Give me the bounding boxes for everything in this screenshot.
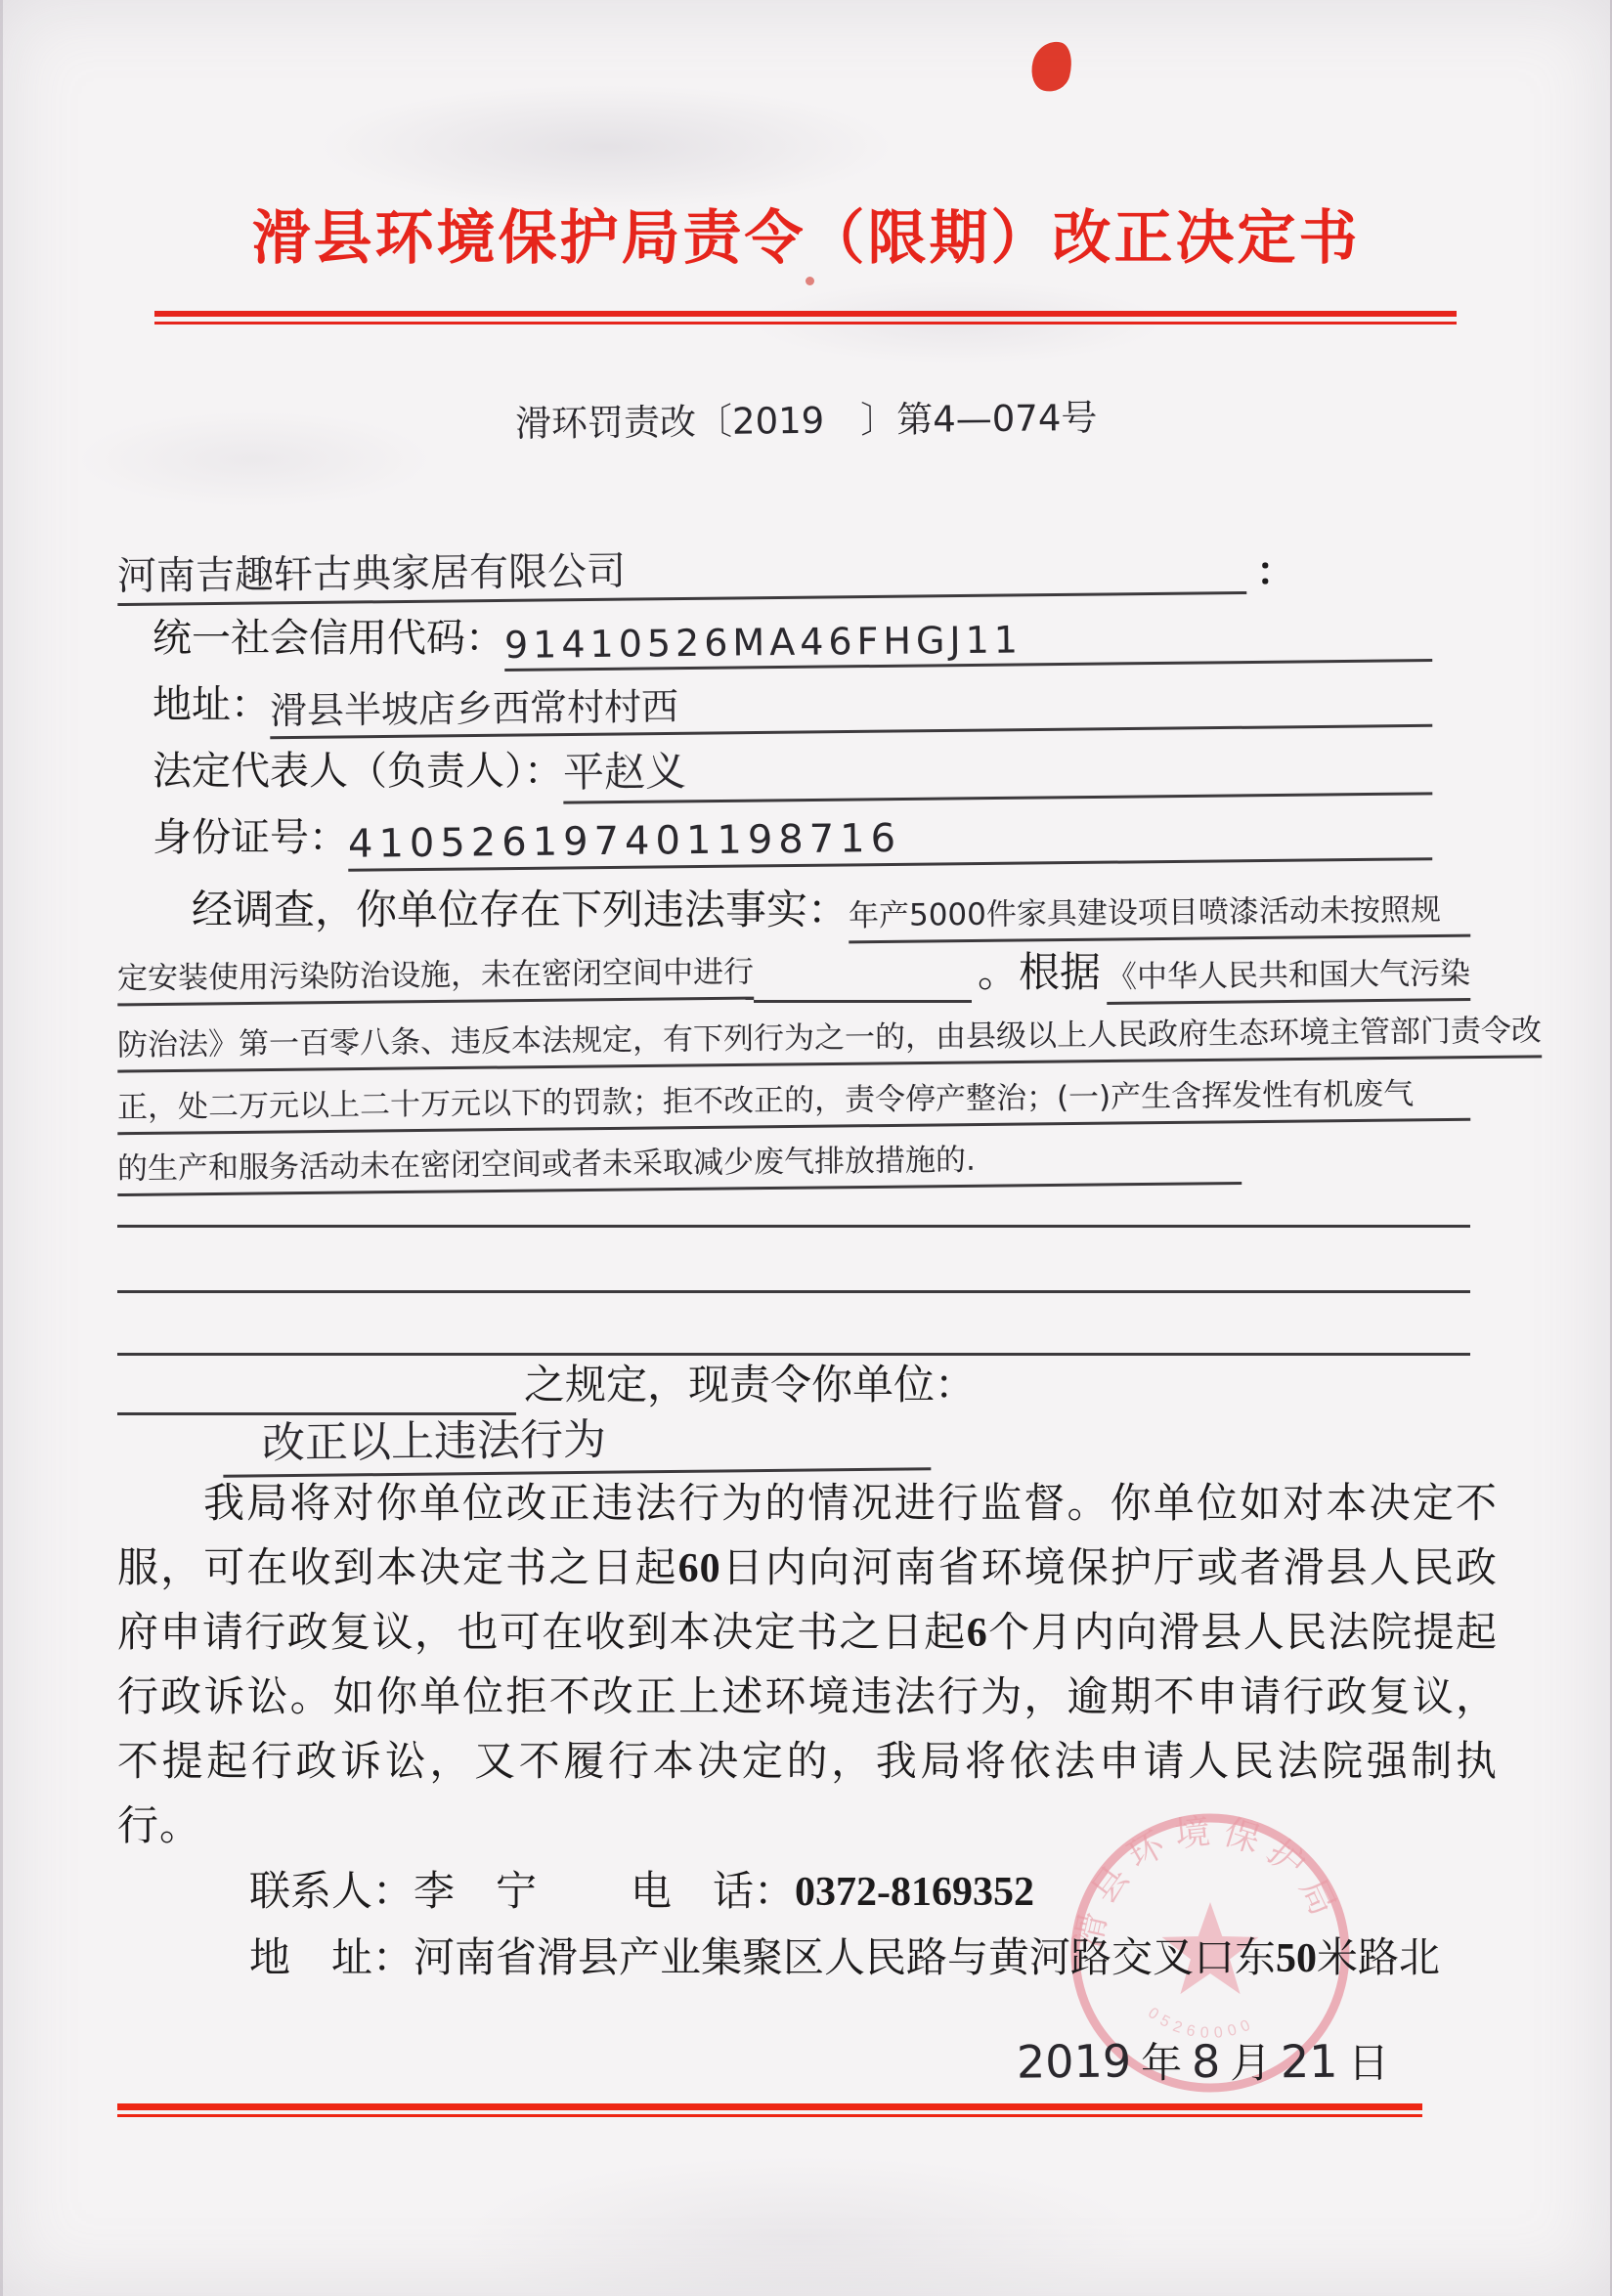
date-day-handwritten: 21 [1281,2035,1338,2089]
date-month-handwritten: 8 [1192,2035,1221,2088]
date-year-handwritten: 2019 [1017,2034,1132,2088]
facts-row-1: 经调查，你单位存在下列违法事实： 年产5000件家具建设项目喷漆活动未按照规 [117,878,1470,940]
credit-code-label: 统一社会信用代码： [117,607,504,667]
contact-address-pre: 河南省滑县产业集聚区人民路与黄河路交叉口东 [414,1936,1276,1981]
contact-address: 地 址：河南省滑县产业集聚区人民路与黄河路交叉口东50米路北 [249,1926,1440,1984]
contact-phone-label: 电 话： [631,1870,795,1915]
red-ink-blob [1026,37,1076,96]
body-paragraph: 我局将对你单位改正违法行为的情况进行监督。你单位如对本决定不服，可在收到本决定书… [117,1472,1498,1859]
document-number: 滑环罚责改〔2019 〕第4—074号 [0,391,1612,444]
contact-phone-number: 0372-8169352 [795,1870,1034,1915]
document-number-text: 滑环罚责改〔2019 〕第4—074号 [515,388,1098,447]
date-year-unit: 年 [1141,2042,1182,2087]
legal-rep-handwritten: 平赵义 [563,731,1433,803]
recipient-company-row: 河南吉趣轩古典家居有限公司 ： [117,538,1295,600]
facts-handwritten-line-4: 正，处二万元以上二十万元以下的罚款；拒不改正的，责令停产整治；(一)产生含挥发性… [117,1068,1470,1135]
contact-address-post: 米路北 [1317,1936,1440,1981]
id-number-row: 身份证号： 410526197401198716 [117,803,1432,866]
facts-connector: 。根据 [972,940,1107,1003]
id-number-label: 身份证号： [117,806,348,866]
address-handwritten: 滑县半坡店乡西常村村西 [270,669,1433,739]
title-divider-rule [154,311,1457,325]
credit-code-row: 统一社会信用代码： 91410526MA46FHGJ11 [117,604,1432,667]
date-day-unit: 日 [1348,2042,1389,2087]
contact-person-name: 李 宁 [414,1870,537,1915]
contact-phone: 电 话：0372-8169352 [631,1859,1034,1918]
address-row: 地址： 滑县半坡店乡西常村村西 [117,671,1432,733]
facts-handwritten-line-2: 定安装使用污染防治设施，未在密闭空间中进行 [117,947,755,1007]
facts-row-3: 防治法》第一百零八条、违反本法规定，有下列行为之一的，由县级以上人民政府生态环境… [117,1003,1470,1065]
red-ink-dot [806,277,814,285]
blank-line-2 [117,1290,1470,1293]
order-handwritten-row: 改正以上违法行为 [223,1417,931,1474]
body-days-60: 60 [678,1546,721,1591]
facts-row-5: 的生产和服务活动未在密闭空间或者未采取减少废气排放措施的. [117,1128,1242,1191]
contact-person-label: 联系人： [249,1870,414,1915]
company-name-handwritten: 河南吉趣轩古典家居有限公司 [117,534,1247,606]
facts-handwritten-line-3: 防治法》第一百零八条、违反本法规定，有下列行为之一的，由县级以上人民政府生态环境… [117,1005,1542,1072]
body-months-6: 6 [967,1611,988,1656]
address-label: 地址： [117,673,270,733]
footer-divider-rule [117,2103,1422,2117]
facts-lead: 经调查，你单位存在下列违法事实： [117,878,849,940]
blank-line-1 [117,1225,1470,1228]
legal-rep-row: 法定代表人（负责人）： 平赵义 [117,737,1432,800]
facts-handwritten-line-1: 年产5000件家具建设项目喷漆活动未按照规 [849,885,1471,944]
facts-handwritten-line-5: 的生产和服务活动未在密闭空间或者未采取减少废气排放措施的. [117,1132,1242,1196]
date-month-unit: 月 [1230,2042,1271,2087]
legal-rep-label: 法定代表人（负责人）： [117,740,563,800]
company-colon: ： [1246,541,1295,600]
credit-code-handwritten: 91410526MA46FHGJ11 [504,614,1432,671]
order-handwritten: 改正以上违法行为 [223,1401,932,1478]
id-number-handwritten: 410526197401198716 [348,810,1432,872]
scanned-document-page: 滑县环境保护局责令（限期）改正决定书 滑环罚责改〔2019 〕第4—074号 河… [0,0,1612,2296]
contact-address-distance: 50 [1276,1936,1317,1981]
document-title: 滑县环境保护局责令（限期）改正决定书 [0,192,1612,276]
facts-row-2: 定安装使用污染防治设施，未在密闭空间中进行 。根据 《中华人民共和国大气污染 [117,940,1470,1003]
facts-row-4: 正，处二万元以上二十万元以下的罚款；拒不改正的，责令停产整治；(一)产生含挥发性… [117,1065,1470,1128]
contact-person: 联系人：李 宁 [249,1859,537,1918]
decision-date: 2019年8月21日 [1007,2031,1389,2090]
facts-handwritten-line-2b: 《中华人民共和国大气污染 [1107,948,1471,1005]
contact-address-label: 地 址： [249,1936,414,1981]
